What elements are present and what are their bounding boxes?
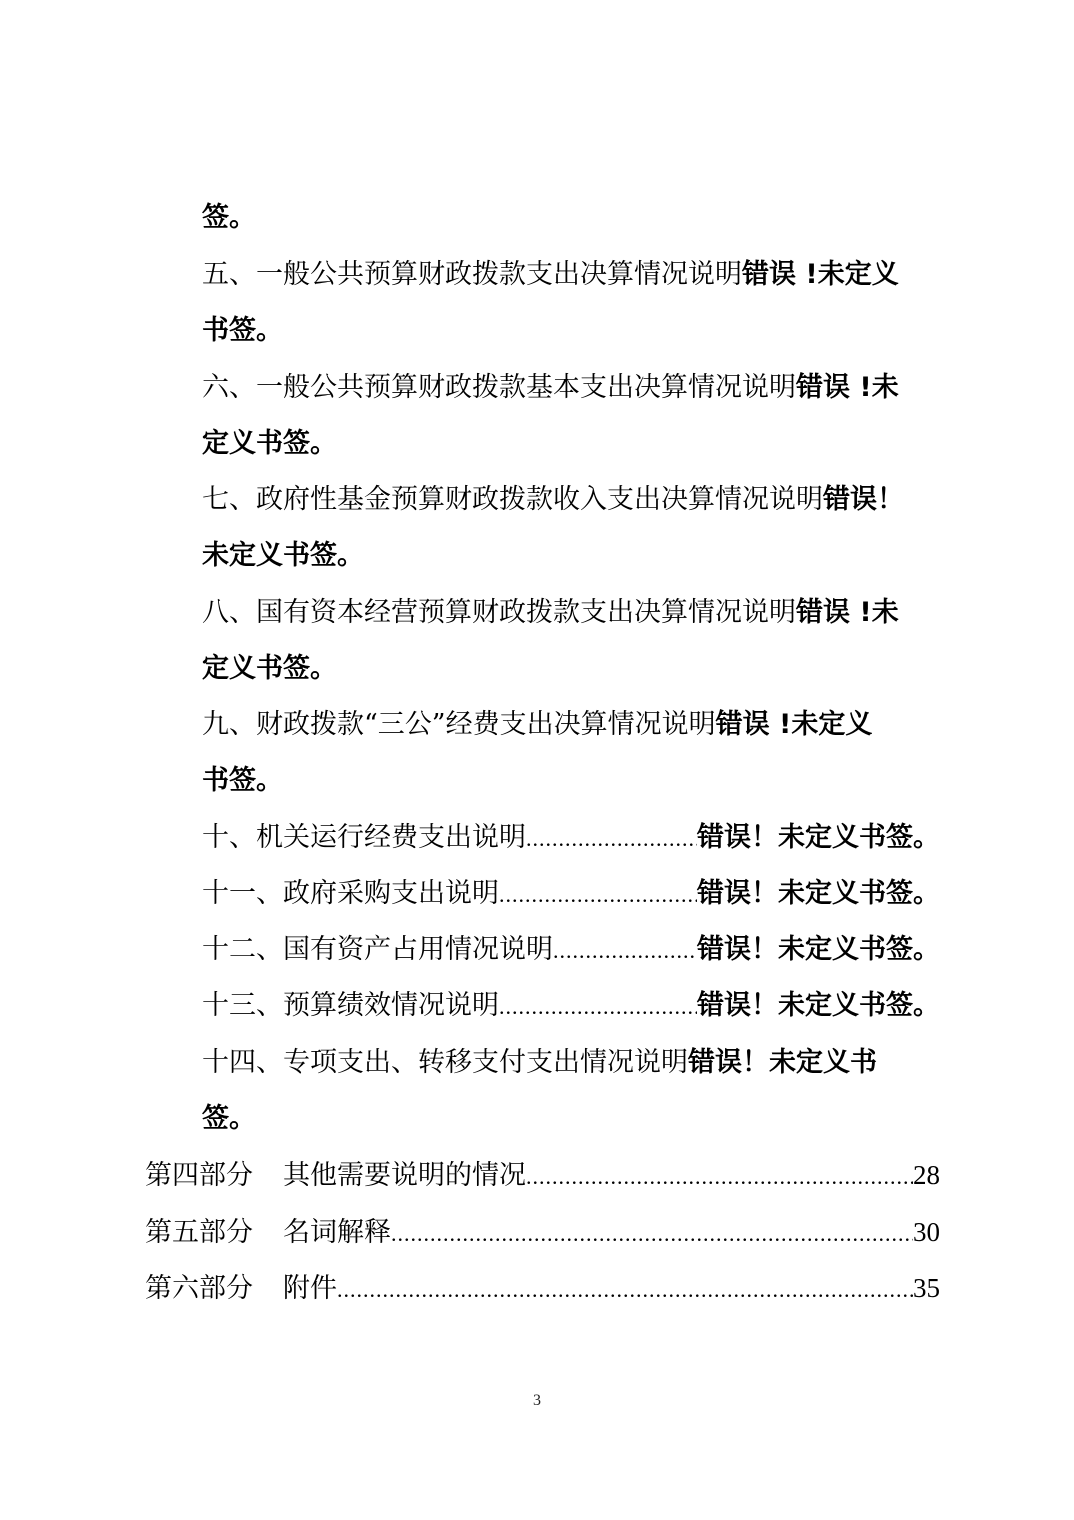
toc-item-6[interactable]: 六、一般公共预算财政拨款基本支出决算情况说明错误 !未 — [202, 370, 899, 406]
toc-item-14[interactable]: 十四、专项支出、转移支付支出情况说明错误！未定义书 — [202, 1045, 877, 1081]
leader-dots — [499, 877, 697, 913]
document-page: 签。 五、一般公共预算财政拨款支出决算情况说明错误 !未定义 书签。 六、一般公… — [0, 0, 1074, 1520]
toc-item-title: 五、一般公共预算财政拨款支出决算情况说明 — [202, 259, 742, 290]
toc-item-title: 八、国有资本经营预算财政拨款支出决算情况说明 — [202, 597, 796, 628]
error-bookmark-text: 错误 !未定义 — [742, 259, 899, 290]
toc-item-title: 十三、预算绩效情况说明 — [202, 988, 499, 1024]
page-ref: 28 — [913, 1157, 940, 1193]
toc-part-6[interactable]: 第六部分附件35 — [145, 1270, 940, 1306]
toc-item-title: 七、政府性基金预算财政拨款收入支出决算情况说明 — [202, 484, 823, 515]
toc-line-continuation: 签。 — [202, 200, 256, 236]
toc-item-5[interactable]: 五、一般公共预算财政拨款支出决算情况说明错误 !未定义 — [202, 257, 899, 293]
error-bookmark-text: 书签。 — [202, 315, 283, 346]
toc-item-10[interactable]: 十、机关运行经费支出说明错误！未定义书签。 — [202, 820, 940, 856]
toc-item-9[interactable]: 九、财政拨款“三公”经费支出决算情况说明错误 !未定义 — [202, 707, 872, 743]
error-bookmark-text: 未定义书签。 — [202, 540, 364, 571]
toc-item-8[interactable]: 八、国有资本经营预算财政拨款支出决算情况说明错误 !未 — [202, 595, 899, 631]
part-title: 名词解释 — [283, 1215, 391, 1251]
toc-item-13[interactable]: 十三、预算绩效情况说明错误！未定义书签。 — [202, 988, 940, 1024]
toc-item-7[interactable]: 七、政府性基金预算财政拨款收入支出决算情况说明错误！ — [202, 482, 904, 518]
error-bookmark-text: 错误 !未定义 — [716, 709, 873, 740]
error-bookmark-text: 错误！未定义书 — [688, 1047, 877, 1078]
toc-part-4[interactable]: 第四部分其他需要说明的情况28 — [145, 1157, 940, 1193]
part-label: 第五部分 — [145, 1215, 253, 1251]
leader-dots — [553, 933, 697, 969]
error-bookmark-text: 签。 — [202, 1103, 256, 1134]
toc-line-continuation: 未定义书签。 — [202, 538, 364, 574]
leader-dots — [526, 1159, 913, 1195]
part-title: 其他需要说明的情况 — [283, 1158, 526, 1194]
leader-dots — [391, 1216, 913, 1252]
toc-item-title: 十二、国有资产占用情况说明 — [202, 932, 553, 968]
error-bookmark-text: 错误！未定义书签。 — [697, 988, 940, 1024]
toc-line-continuation: 定义书签。 — [202, 426, 337, 462]
toc-item-title: 六、一般公共预算财政拨款基本支出决算情况说明 — [202, 372, 796, 403]
toc-item-12[interactable]: 十二、国有资产占用情况说明错误！未定义书签。 — [202, 932, 940, 968]
toc-line-continuation: 书签。 — [202, 763, 283, 799]
toc-item-title: 十、机关运行经费支出说明 — [202, 820, 526, 856]
part-label: 第六部分 — [145, 1271, 253, 1307]
part-title: 附件 — [283, 1271, 337, 1307]
leader-dots — [526, 821, 697, 857]
error-bookmark-text: 签。 — [202, 202, 256, 233]
toc-part-5[interactable]: 第五部分名词解释30 — [145, 1214, 940, 1250]
error-bookmark-text: 错误！ — [823, 484, 904, 515]
leader-dots — [499, 989, 697, 1025]
leader-dots — [337, 1272, 913, 1308]
page-number: 3 — [0, 1392, 1074, 1410]
toc-item-title: 十一、政府采购支出说明 — [202, 876, 499, 912]
part-label: 第四部分 — [145, 1158, 253, 1194]
toc-item-title: 十四、专项支出、转移支付支出情况说明 — [202, 1047, 688, 1078]
toc-line-continuation: 签。 — [202, 1101, 256, 1137]
error-bookmark-text: 书签。 — [202, 765, 283, 796]
page-ref: 35 — [913, 1270, 940, 1306]
error-bookmark-text: 定义书签。 — [202, 653, 337, 684]
error-bookmark-text: 错误！未定义书签。 — [697, 932, 940, 968]
error-bookmark-text: 错误 !未 — [796, 597, 899, 628]
toc-item-11[interactable]: 十一、政府采购支出说明错误！未定义书签。 — [202, 876, 940, 912]
toc-line-continuation: 定义书签。 — [202, 651, 337, 687]
toc-item-title: 九、财政拨款“三公”经费支出决算情况说明 — [202, 709, 716, 740]
page-ref: 30 — [913, 1214, 940, 1250]
error-bookmark-text: 错误！未定义书签。 — [697, 876, 940, 912]
error-bookmark-text: 错误！未定义书签。 — [697, 820, 940, 856]
error-bookmark-text: 定义书签。 — [202, 428, 337, 459]
error-bookmark-text: 错误 !未 — [796, 372, 899, 403]
toc-line-continuation: 书签。 — [202, 313, 283, 349]
